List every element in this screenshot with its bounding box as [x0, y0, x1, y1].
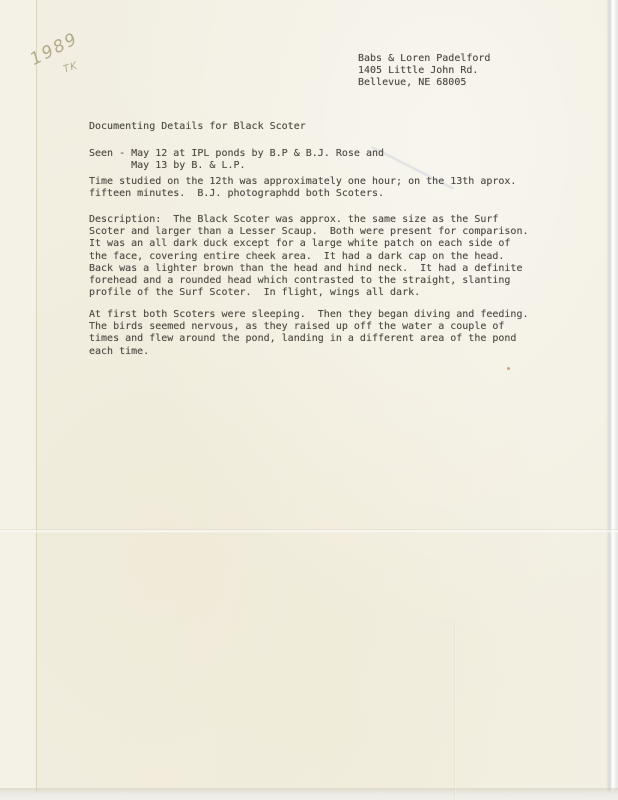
page-left-edge	[0, 0, 37, 800]
sender-address-block: Babs & Loren Padelford 1405 Little John …	[358, 53, 490, 90]
time-studied-paragraph: Time studied on the 12th was approximate…	[89, 176, 516, 200]
fold-crease-horizontal	[0, 529, 618, 533]
scan-bottom-edge	[0, 788, 618, 800]
behavior-paragraph: At first both Scoters were sleeping. The…	[89, 309, 529, 358]
document-title: Documenting Details for Black Scoter	[89, 121, 306, 133]
scan-right-edge	[606, 0, 618, 800]
handwritten-initials: TK	[62, 60, 79, 75]
sighting-dates-block: Seen - May 12 at IPL ponds by B.P & B.J.…	[89, 148, 384, 172]
fold-crease-vertical	[454, 620, 456, 800]
paper-speck	[507, 367, 510, 370]
description-paragraph: Description: The Black Scoter was approx…	[89, 214, 529, 299]
scanned-letter-page: 1989 TK Babs & Loren Padelford 1405 Litt…	[0, 0, 618, 800]
